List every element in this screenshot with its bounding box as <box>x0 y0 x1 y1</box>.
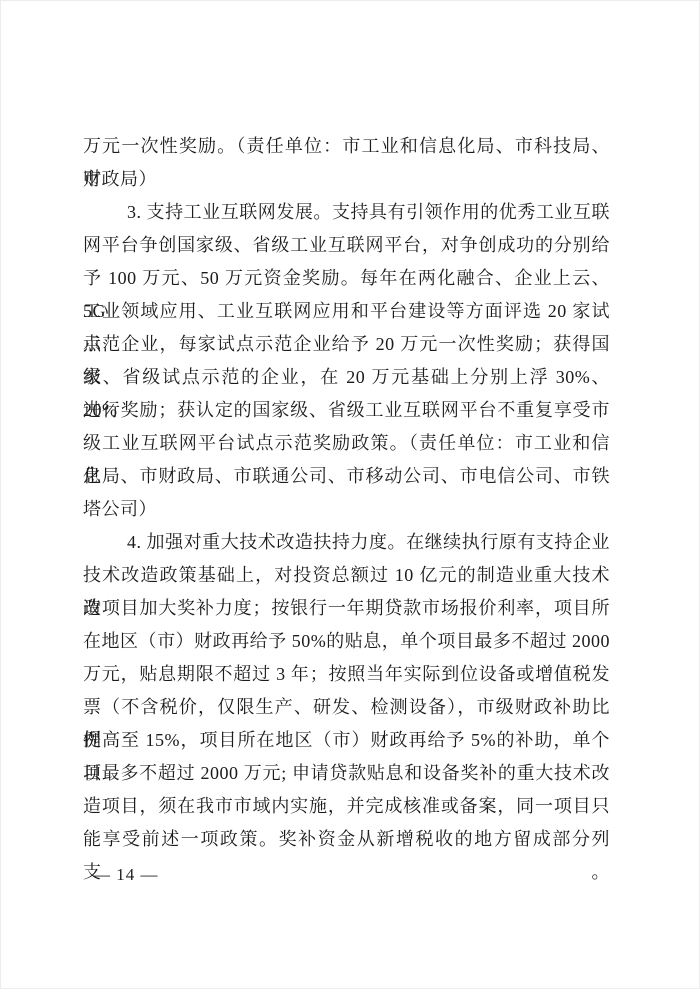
text-line: 网平台争创国家级、省级工业互联网平台，对争创成功的分别给 <box>83 229 610 262</box>
text-line: 技术改造政策基础上，对投资总额过 10 亿元的制造业重大技术改 <box>83 559 610 592</box>
text-line: 工业领域应用、工业互联网应用和平台建设等方面评选 20 家试点 <box>83 295 610 328</box>
text-line: 造项目，须在我市市域内实施，并完成核准或备案，同一项目只 <box>83 790 610 823</box>
page-number: — 14 — <box>93 864 159 886</box>
text-line: 票（不含税价，仅限生产、研发、检测设备），市级财政补助比例 <box>83 691 610 724</box>
text-line: 4. 加强对重大技术改造扶持力度。在继续执行原有支持企业 <box>83 526 610 559</box>
text-line: 进行奖励；获认定的国家级、省级工业互联网平台不重复享受市 <box>83 394 610 427</box>
text-line: 在地区（市）财政再给予 50%的贴息，单个项目最多不超过 2000 <box>83 625 610 658</box>
text-line: 万元一次性奖励。（责任单位：市工业和信息化局、市科技局、市 <box>83 130 610 163</box>
text-line: 造项目加大奖补力度；按银行一年期贷款市场报价利率，项目所 <box>83 592 610 625</box>
text-line: 予 100 万元、50 万元资金奖励。每年在两化融合、企业上云、5G <box>83 262 610 295</box>
text-line: 万元，贴息期限不超过 3 年；按照当年实际到位设备或增值税发 <box>83 658 610 691</box>
text-line: 3. 支持工业互联网发展。支持具有引领作用的优秀工业互联 <box>83 196 610 229</box>
text-line: 级工业互联网平台试点示范奖励政策。（责任单位：市工业和信息 <box>83 427 610 460</box>
text-line: 财政局） <box>83 163 610 196</box>
document-body: 万元一次性奖励。（责任单位：市工业和信息化局、市科技局、市财政局）3. 支持工业… <box>83 130 610 856</box>
document-page: 万元一次性奖励。（责任单位：市工业和信息化局、市科技局、市财政局）3. 支持工业… <box>0 0 700 989</box>
text-line: 化局、市财政局、市联通公司、市移动公司、市电信公司、市铁 <box>83 460 610 493</box>
text-line: 级、省级试点示范的企业，在 20 万元基础上分别上浮 30%、20% <box>83 361 610 394</box>
text-line: 能享受前述一项政策。奖补资金从新增税收的地方留成部分列支。 <box>83 823 610 856</box>
text-line: 目最多不超过 2000 万元; 申请贷款贴息和设备奖补的重大技术改 <box>83 757 610 790</box>
text-line: 示范企业，每家试点示范企业给予 20 万元一次性奖励；获得国家 <box>83 328 610 361</box>
text-line: 提高至 15%，项目所在地区（市）财政再给予 5%的补助，单个项 <box>83 724 610 757</box>
text-line: 塔公司） <box>83 493 610 526</box>
